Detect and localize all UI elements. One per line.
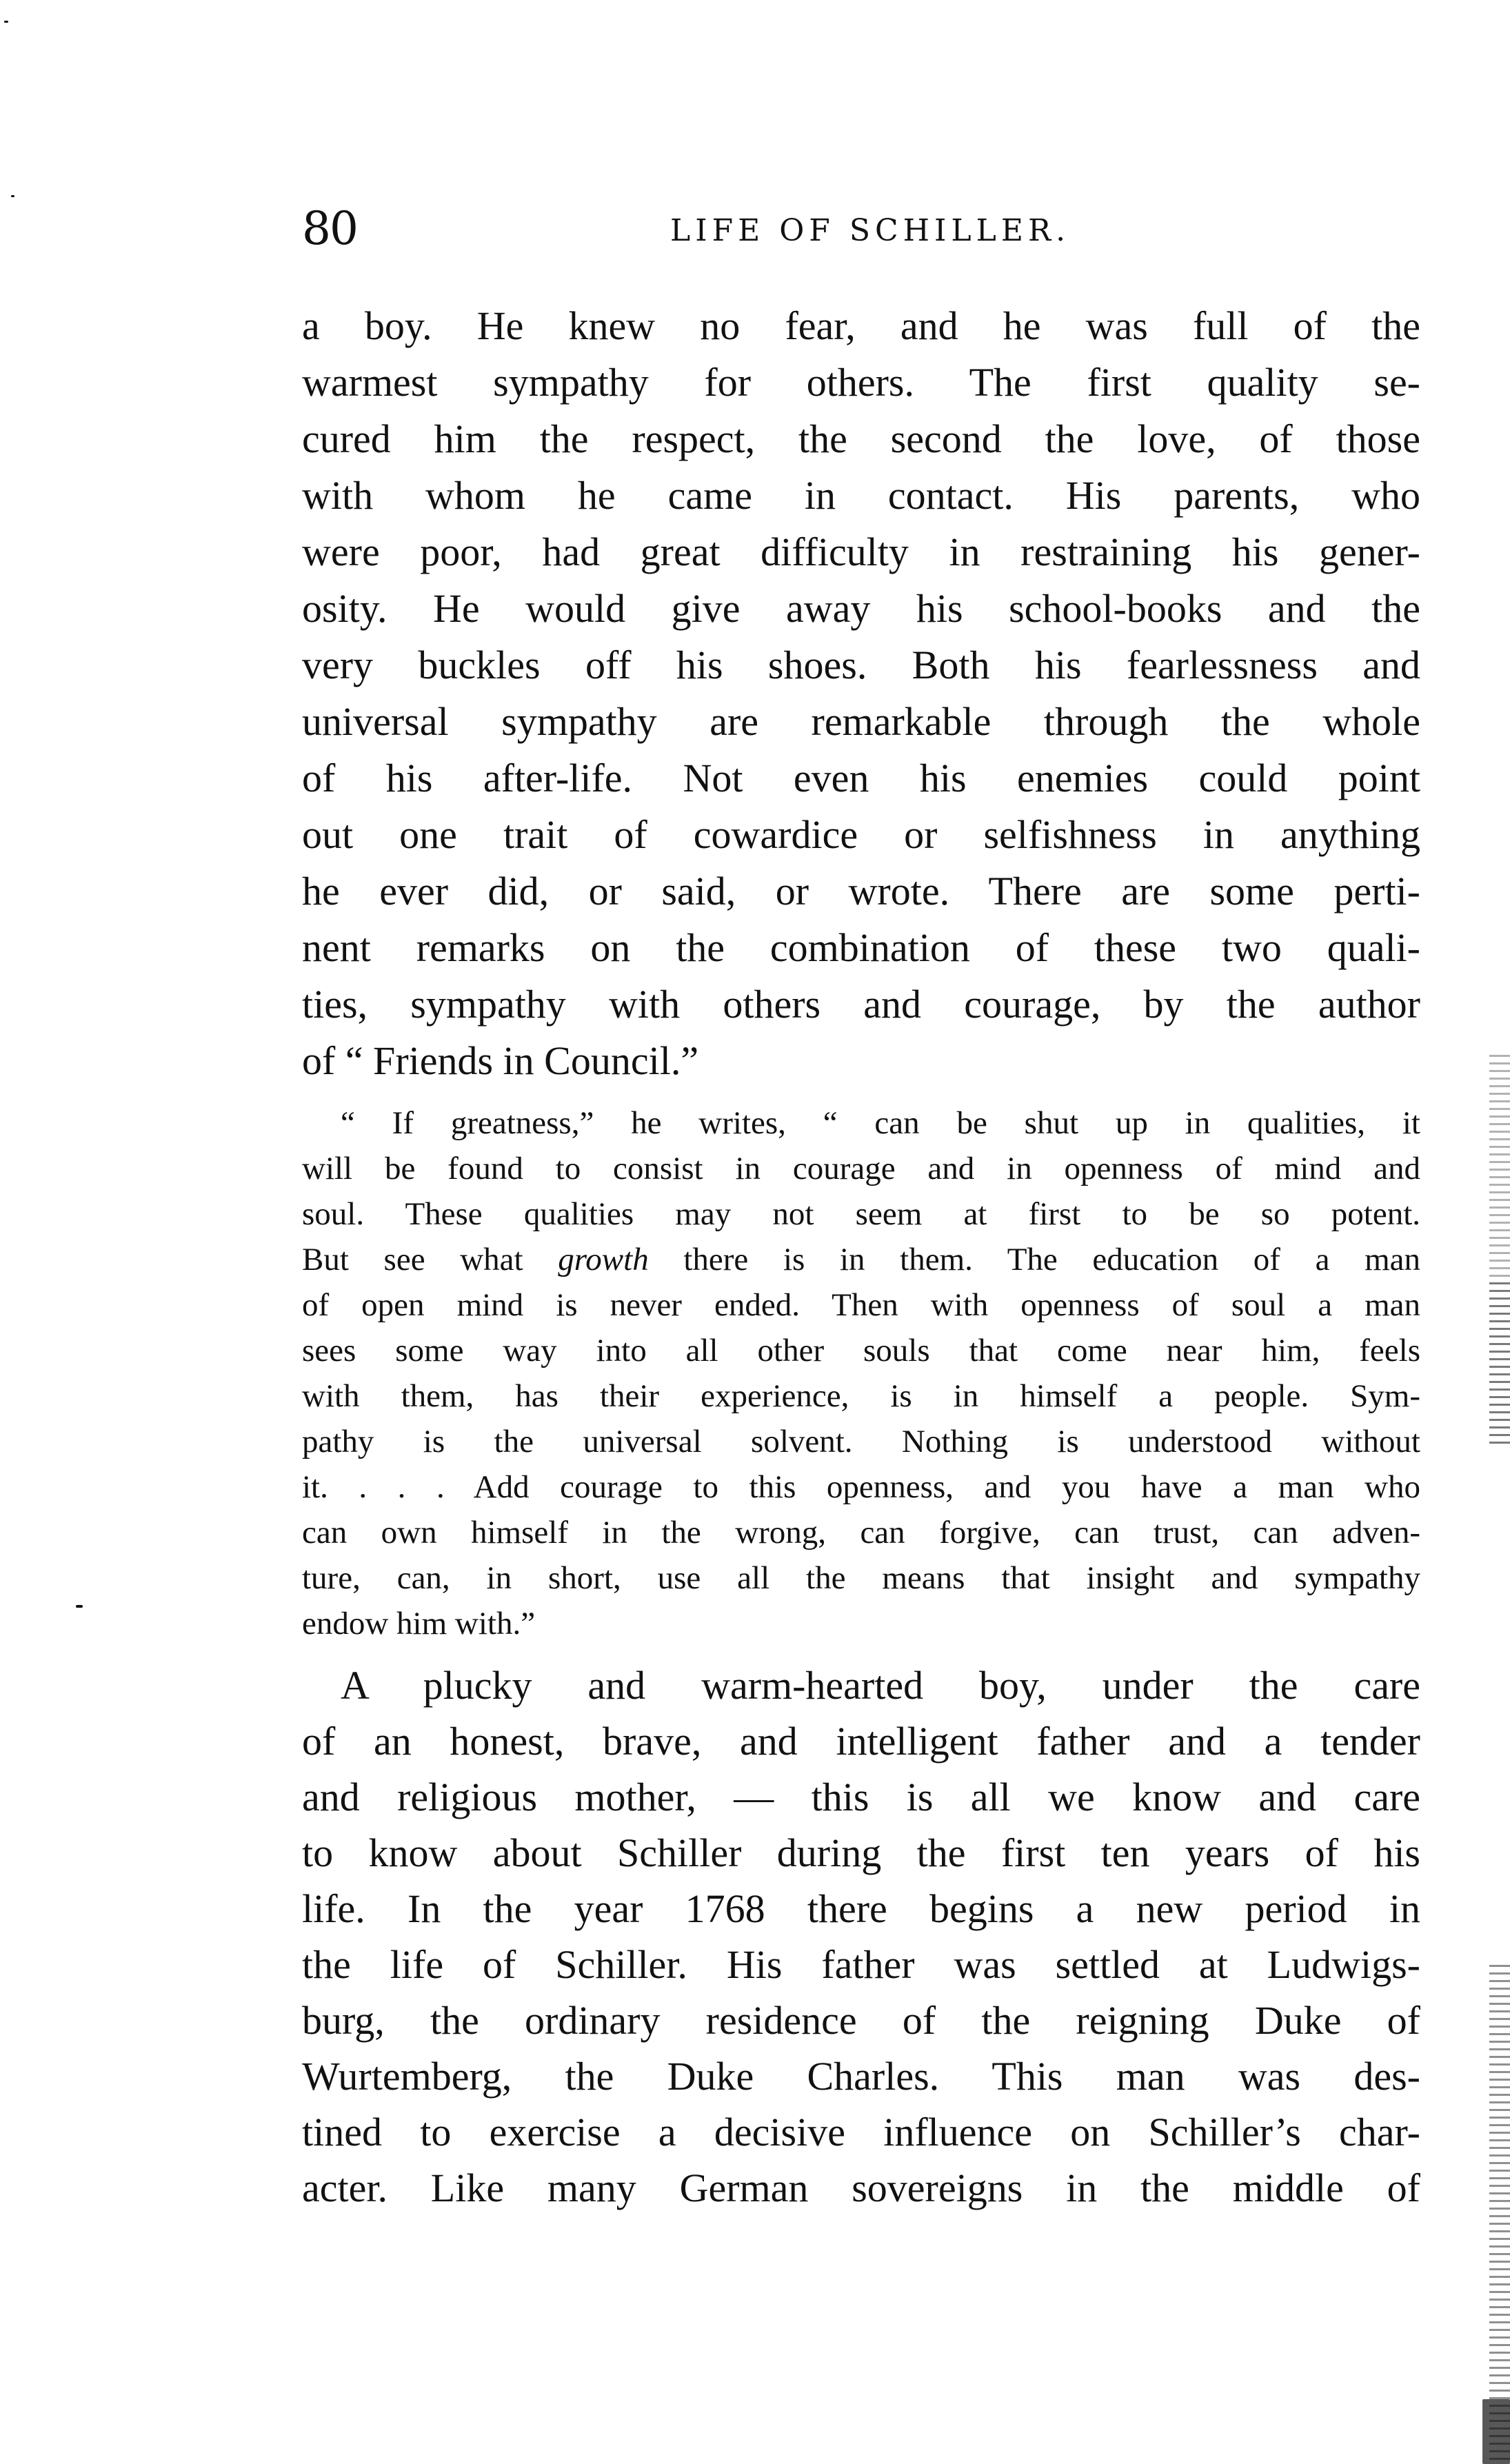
text-line: and religious mother, — this is all we k… bbox=[302, 1769, 1420, 1825]
quote-line: of open mind is never ended. Then with o… bbox=[302, 1282, 1420, 1328]
text-line: the life of Schiller. His father was set… bbox=[302, 1937, 1420, 1992]
text-line: of an honest, brave, and intelligent fat… bbox=[302, 1713, 1420, 1769]
text-line: very buckles off his shoes. Both his fea… bbox=[302, 637, 1420, 694]
scan-edge-artifact bbox=[1489, 1282, 1510, 1448]
text-line: of “ Friends in Council.” bbox=[302, 1033, 1420, 1089]
quote-line: will be found to consist in courage and … bbox=[302, 1146, 1420, 1191]
quote-line: ture, can, in short, use all the means t… bbox=[302, 1555, 1420, 1601]
text-line: to know about Schiller during the first … bbox=[302, 1825, 1420, 1881]
page-number: 80 bbox=[302, 201, 357, 256]
running-title: LIFE OF SCHILLER. bbox=[670, 207, 1070, 255]
text-line: cured him the respect, the second the lo… bbox=[302, 411, 1420, 467]
text-line: warmest sympathy for others. The first q… bbox=[302, 354, 1420, 411]
scan-speck bbox=[76, 1605, 83, 1608]
quote-line: it. . . . Add courage to this openness, … bbox=[302, 1464, 1420, 1510]
text-line: Wurtemberg, the Duke Charles. This man w… bbox=[302, 2048, 1420, 2104]
scan-speck bbox=[11, 195, 14, 197]
quote-line: soul. These qualities may not seem at fi… bbox=[302, 1191, 1420, 1237]
text-line: A plucky and warm-hearted boy, under the… bbox=[302, 1657, 1420, 1713]
quote-text: there is in them. The education of a man bbox=[683, 1242, 1420, 1278]
text-line: life. In the year 1768 there begins a ne… bbox=[302, 1881, 1420, 1937]
text-line: he ever did, or said, or wrote. There ar… bbox=[302, 863, 1420, 920]
text-line: of his after-life. Not even his enemies … bbox=[302, 750, 1420, 807]
text-line: ties, sympathy with others and courage, … bbox=[302, 976, 1420, 1033]
quote-text: But see what bbox=[302, 1242, 523, 1278]
scan-speck bbox=[1482, 2399, 1510, 2464]
book-page: 80 LIFE OF SCHILLER. a boy. He knew no f… bbox=[0, 0, 1510, 2464]
quote-line: sees some way into all other souls that … bbox=[302, 1328, 1420, 1373]
paragraph-1: a boy. He knew no fear, and he was full … bbox=[302, 298, 1420, 1089]
paragraph-2: A plucky and warm-hearted boy, under the… bbox=[302, 1657, 1420, 2216]
quote-line: can own himself in the wrong, can forgiv… bbox=[302, 1510, 1420, 1555]
text-line: universal sympathy are remarkable throug… bbox=[302, 694, 1420, 750]
text-line: acter. Like many German sovereigns in th… bbox=[302, 2160, 1420, 2216]
scan-speck bbox=[4, 21, 8, 23]
text-line: burg, the ordinary residence of the reig… bbox=[302, 1992, 1420, 2048]
text-line: with whom he came in contact. His parent… bbox=[302, 467, 1420, 524]
block-quote: “ If greatness,” he writes, “ can be shu… bbox=[302, 1100, 1420, 1646]
scan-edge-artifact bbox=[1489, 1965, 1510, 2461]
running-header: 80 LIFE OF SCHILLER. bbox=[302, 201, 1420, 256]
italic-emphasis: growth bbox=[558, 1242, 648, 1278]
quote-line-with-italic: But see what growth there is in them. Th… bbox=[302, 1237, 1420, 1282]
quote-line: endow him with.” bbox=[302, 1601, 1420, 1646]
text-line: tined to exercise a decisive influence o… bbox=[302, 2104, 1420, 2160]
quote-line: “ If greatness,” he writes, “ can be shu… bbox=[302, 1100, 1420, 1146]
text-line: were poor, had great difficulty in restr… bbox=[302, 524, 1420, 580]
text-line: out one trait of cowardice or selfishnes… bbox=[302, 807, 1420, 863]
scan-edge-artifact bbox=[1489, 1055, 1510, 1282]
quote-line: pathy is the universal solvent. Nothing … bbox=[302, 1419, 1420, 1464]
text-line: osity. He would give away his school-boo… bbox=[302, 580, 1420, 637]
text-line: a boy. He knew no fear, and he was full … bbox=[302, 298, 1420, 354]
quote-line: with them, has their experience, is in h… bbox=[302, 1373, 1420, 1419]
text-line: nent remarks on the combination of these… bbox=[302, 920, 1420, 976]
